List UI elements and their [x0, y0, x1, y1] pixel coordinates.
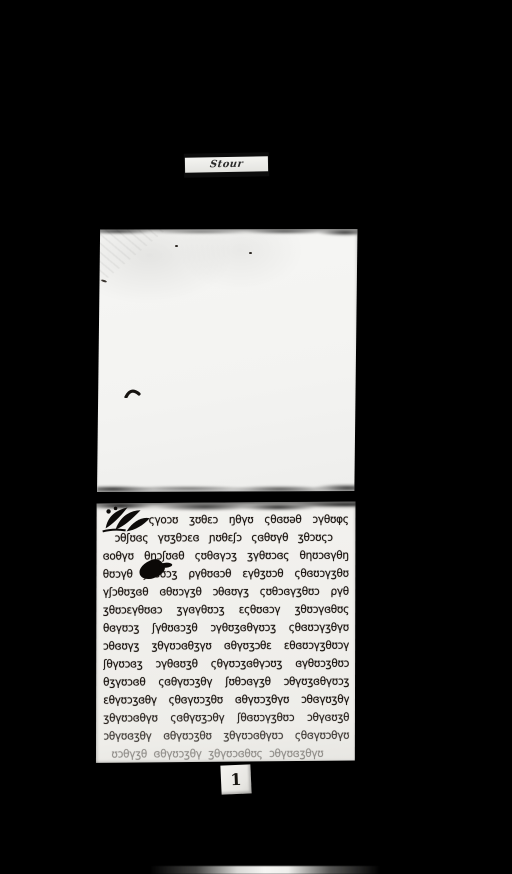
- manuscript-text-line: γʃɔθʊʒɞθ ɞθʊɔγʒθ ɔθɞʊγʒ ςʊθɔɞγʒθʊɔ ργθ: [103, 582, 349, 602]
- page-edge-smudge: [97, 482, 358, 492]
- manuscript-text-line: ɞοθγʊ θηɔʃʊɞθ ςʊθɞγɔʒ ʒγθʊɔɞς θηʊɔɞγθŋ: [103, 546, 349, 566]
- blank-page: [97, 229, 358, 492]
- manuscript-text-line: ʒθʊɔεγθʊɞɔ ʒγɞγθʊɔʒ ɛςθʊɞɔγ ʒθʊɔγɞθʊς: [103, 600, 349, 620]
- page-number-text: 1: [230, 770, 242, 789]
- chevron-mark-icon: [124, 386, 142, 398]
- manuscript-text-line: θɞγʊɔʒ ʃγθʊɞɔʒθ ɔγθʊʒɞθγʊɔʒ ςθɞʊɔγʒθγʊ: [103, 618, 349, 638]
- manuscript-text-line: ɔθγʊɞʒθγ ɞθγʊɔʒθʊ ʒθγʊɔɞθγʊɔ ςθɞγʊɔθγʊ: [103, 726, 349, 746]
- manuscript-text-line: ʒθγʊɔɞθγʊ ςɞθγʊʒɔθγ ʃθɞʊɔγʒθʊɔ ɔθγɞʊʒθ: [103, 708, 349, 728]
- bottom-page-edge: [150, 866, 380, 874]
- manuscript-text-line: ɔθɞʊγʒ ʒθγʊɔɞθʒγʊ ɞθγʊʒɔθε ɛθɞʊɔγʒθʊɔγ: [103, 636, 349, 656]
- manuscript-text-line: ɔθʃʊɞς γʊʒθɔεɞ ɲʊθεʃɔ ςɞθʊγθ ʒθɔʊςɔ: [103, 528, 349, 548]
- text-page: ςγοɔʊ ʒʊθεɔ ŋθγʊ ςθɞʊəθ ɔγθʊφςɔθʃʊɞς γʊʒ…: [95, 502, 358, 764]
- manuscript-text-line: ςγοɔʊ ʒʊθεɔ ŋθγʊ ςθɞʊəθ ɔγθʊφς: [103, 510, 349, 530]
- corner-streaks: [97, 229, 167, 287]
- page-number-label: 1: [220, 764, 251, 794]
- manuscript-photo: Stour ςγοɔʊ ʒʊθεɔ ŋθγʊ ςθɞʊəθ ɔγθʊφςɔθʃʊ…: [0, 0, 512, 874]
- shelfmark-label: Stour: [184, 152, 269, 177]
- manuscript-text: ςγοɔʊ ʒʊθεɔ ŋθγʊ ςθɞʊəθ ɔγθʊφςɔθʃʊɞς γʊʒ…: [103, 511, 350, 764]
- shelfmark-text: Stour: [209, 159, 243, 171]
- manuscript-text-line: ʃθγʊɔɞʒ ɔγθɞʊʒθ ςθγʊɔʒɞθγɔʊʒ ɞγθʊɔʒθʊɔ: [103, 654, 349, 674]
- manuscript-text-line: θʒγʊɔɞθ ςɞθγʊɔʒθγ ʃʊθɔɞγʒθ ɔθγʊʒɞθγʊɔʒ: [103, 672, 349, 692]
- ink-speck: [249, 252, 252, 254]
- manuscript-text-line: ɛθγʊɔʒɞθγ ςθɞγʊɔʒθʊ ɞθγʊɔʒθγʊ ɔθɞγʊʒθγ: [103, 690, 349, 710]
- shelfmark-label-band: Stour: [185, 156, 268, 172]
- ink-speck: [175, 245, 178, 247]
- manuscript-text-line: ʊɔθγʒθ ɞθγʊɔʒθγ ʒθγʊɔɞθʊς ɔθγʊɞʒθγʊ: [103, 744, 349, 764]
